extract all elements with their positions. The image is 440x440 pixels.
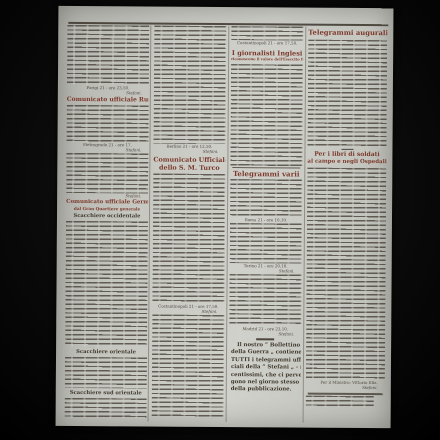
colophon-lines (306, 395, 374, 407)
text-lines (230, 179, 302, 218)
column-2: Berlino 21 - ore 12,50. Stefani. Comunic… (152, 26, 227, 424)
text-lines (230, 64, 303, 167)
signature: Stefani. (306, 385, 385, 391)
signature: Stefani. (66, 147, 148, 153)
subhead-scacchiere-occidentale: Scacchiere occidentale (66, 213, 148, 221)
text-lines (229, 274, 301, 327)
dateline: Costantinopoli 21 - ore 17,50. (231, 40, 303, 46)
headline-comunicato-turco-line2: dello S. M. Turco (153, 164, 225, 173)
signature: Stefani. (230, 268, 302, 274)
text-lines (306, 168, 386, 381)
column-4: Telegrammi augurali Per i libri di solda… (306, 27, 388, 426)
text-lines (231, 26, 303, 41)
text-lines (65, 398, 147, 419)
signature: Stefani. (153, 149, 225, 155)
headline-libri-soldati-line2: al campo e negli Ospedali (307, 159, 386, 167)
promo-line: della Guerra „ contiene (231, 349, 301, 357)
ornament-dash (341, 149, 353, 150)
headline-comunicato-russo: Comunicato ufficiale Russo (67, 96, 149, 105)
signature: Stefani. (152, 308, 224, 314)
text-lines (307, 40, 387, 149)
headline-telegrammi-augurali: Telegrammi augurali (308, 29, 387, 39)
subhead-giornalisti-inglesi: riconoscono il valore dell'Esercito Ital… (231, 57, 303, 63)
column-3: Costantinopoli 21 - ore 17,50. I giornal… (229, 26, 304, 424)
text-lines (154, 26, 227, 144)
promo-bollettino: Il nostro “ Bollettino della Guerra „ co… (229, 342, 301, 394)
text-lines (67, 105, 149, 143)
text-lines (66, 153, 148, 194)
headline-telegrammi-varii: Telegrammi varii (230, 169, 302, 179)
photo-background: Parigi 21 - ore 23,50. Stefani. Comunica… (0, 0, 440, 440)
text-lines (230, 223, 302, 264)
text-lines (65, 357, 147, 389)
subhead-scacchiere-sud-orientale: Scacchiere sud orientale (65, 390, 147, 398)
newspaper-page: Parigi 21 - ore 23,50. Stefani. Comunica… (56, 6, 394, 428)
ornament-rule (256, 339, 274, 341)
subhead-scacchiere-orientale: Scacchiere orientale (65, 349, 147, 357)
signature: Stefani. (229, 331, 301, 337)
promo-line: della pubblicazione. (231, 386, 301, 394)
promo-line: ciali della “ Stefani „ - re- (231, 364, 301, 372)
signature: Stefani. (66, 193, 148, 199)
signature: Stefani. (67, 90, 149, 96)
subhead-gran-quartiere: dal Gran Quartiere generale (66, 206, 148, 213)
text-lines (152, 174, 225, 304)
column-1: Parigi 21 - ore 23,50. Stefani. Comunica… (65, 25, 150, 424)
text-lines (65, 221, 148, 348)
text-lines (67, 25, 149, 86)
text-lines (152, 314, 225, 417)
dateline: Roma 21 - ore 10,10. (230, 217, 302, 223)
